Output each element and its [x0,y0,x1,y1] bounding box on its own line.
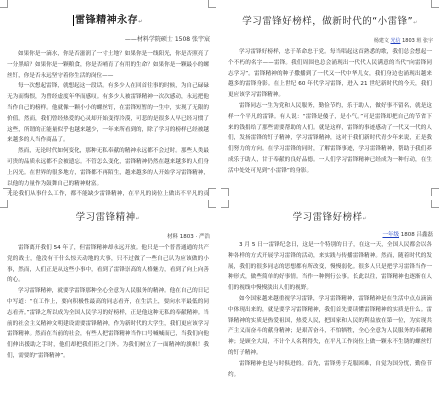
paragraph: 雷锋离开我们 54 年了，但雷锋精神却永远开放。他只是一个普普通通的共产党的战士… [7,243,209,286]
crop-mark-icon [221,200,229,208]
author-line: 杨建文 光信 1803 班 张宇 [221,37,439,44]
document-page-2[interactable]: 学习雷锋好榜样，做新时代的“小雷锋”↵ 杨建文 光信 1803 班 张宇 学习雷… [221,0,439,196]
paragraph: 如今国家越来越重视学习雷锋，学习雷锋精神，雷锋精神是在生活中点点滴滴中体现出来的… [228,294,432,359]
author-line: 材料 1803 · 严浩 [0,232,216,240]
page-title[interactable]: 学习雷锋精神↵ [0,209,216,223]
document-body[interactable]: 学习雷锋好榜样，忠于革命忠于党。每当唱起这首熟悉的歌，我们总会想起一个不朽的名字… [221,47,439,177]
paragraph-mark-icon: ↵ [136,216,141,222]
paragraph: 每一次想起雷锋，就想起这一段话。有多少人在回首往事的时候，为自己碌碌无为而悔恨，… [7,81,209,146]
author-link[interactable]: 一年级 [382,232,399,238]
paragraph: 雷锋精神也是与时俱进的。首先，雷锋勇于克服困难，自觉为国分忧，勤俭节约。 [228,359,432,381]
paragraph: 学习雷锋精神，就要学雷锋那种全心全意为人民服务的精神。他在自己的日记中写道：“在… [7,286,209,362]
document-body[interactable]: 如果你是一滴水，你是否滋润了一寸土地？如果你是一线阳光，你是否照亮了一分黑暗？如… [0,49,216,196]
crop-mark-icon [208,0,216,8]
paragraph: 学习雷锋好榜样，忠于革命忠于党。每当唱起这首熟悉的歌，我们总会想起一个不朽的名字… [228,47,432,101]
paragraph: 如果你是一滴水，你是否滋润了一寸土地？如果你是一线阳光，你是否照亮了一分黑暗？如… [7,49,209,81]
page-title[interactable]: 学习雷锋好榜样↵ [221,209,439,223]
document-body[interactable]: 雷锋离开我们 54 年了，但雷锋精神却永远开放。他只是一个普普通通的共产党的战士… [0,243,216,362]
paragraph-mark-icon: ↵ [413,20,418,26]
author-line: ——材料学院硕士 1508 张宇宸 [0,34,216,43]
crop-mark-icon [431,188,439,196]
paragraph-mark-icon: ↵ [363,216,368,222]
document-body[interactable]: 3 月 5 日一雷锋纪念日，这是一个特别的日子，在这一天，全国人民都会以各种各样… [221,240,439,380]
crop-mark-icon [208,200,216,208]
crop-mark-icon [431,0,439,8]
paragraph: 无论我们从事什么工作，都不能缺少雷锋精神，在平凡的岗位上做出不平凡的贡献。雷锋精… [7,189,209,196]
crop-mark-icon [0,200,8,208]
crop-mark-icon [221,188,229,196]
page-title[interactable]: 学习雷锋好榜样，做新时代的“小雷锋”↵ [221,13,439,27]
document-page-4[interactable]: 学习雷锋好榜样↵ 一年级 1808 吕鑫磊 3 月 5 日一雷锋纪念日，这是一个… [221,200,439,399]
crop-mark-icon [431,200,439,208]
page-title[interactable]: 雷锋精神永存↵ [0,11,216,26]
document-page-1[interactable]: 雷锋精神永存↵ ——材料学院硕士 1508 张宇宸 如果你是一滴水，你是否滋润了… [0,0,216,196]
paragraph: 雷锋同志一生为党和人民服务，勤俭节约，乐于助人，做好事不留名，就是这样一个平凡的… [228,101,432,177]
crop-mark-icon [208,188,216,196]
document-page-3[interactable]: 学习雷锋精神↵ 材料 1803 · 严浩 雷锋离开我们 54 年了，但雷锋精神却… [0,200,216,399]
paragraph: 然而，无论时代如何变化，那种无私奉献的精神永远都不会过时。那些人类最可贵的品质永… [7,146,209,189]
paragraph-mark-icon: ↵ [138,19,143,25]
author-line: 一年级 1808 吕鑫磊 [221,230,439,238]
text-cursor [73,15,74,26]
paragraph: 3 月 5 日一雷锋纪念日，这是一个特别的日子，在这一天，全国人民都会以各种各样… [228,240,432,294]
crop-mark-icon [0,0,8,8]
author-link[interactable]: 光信 [390,38,400,44]
crop-mark-icon [3,188,11,196]
